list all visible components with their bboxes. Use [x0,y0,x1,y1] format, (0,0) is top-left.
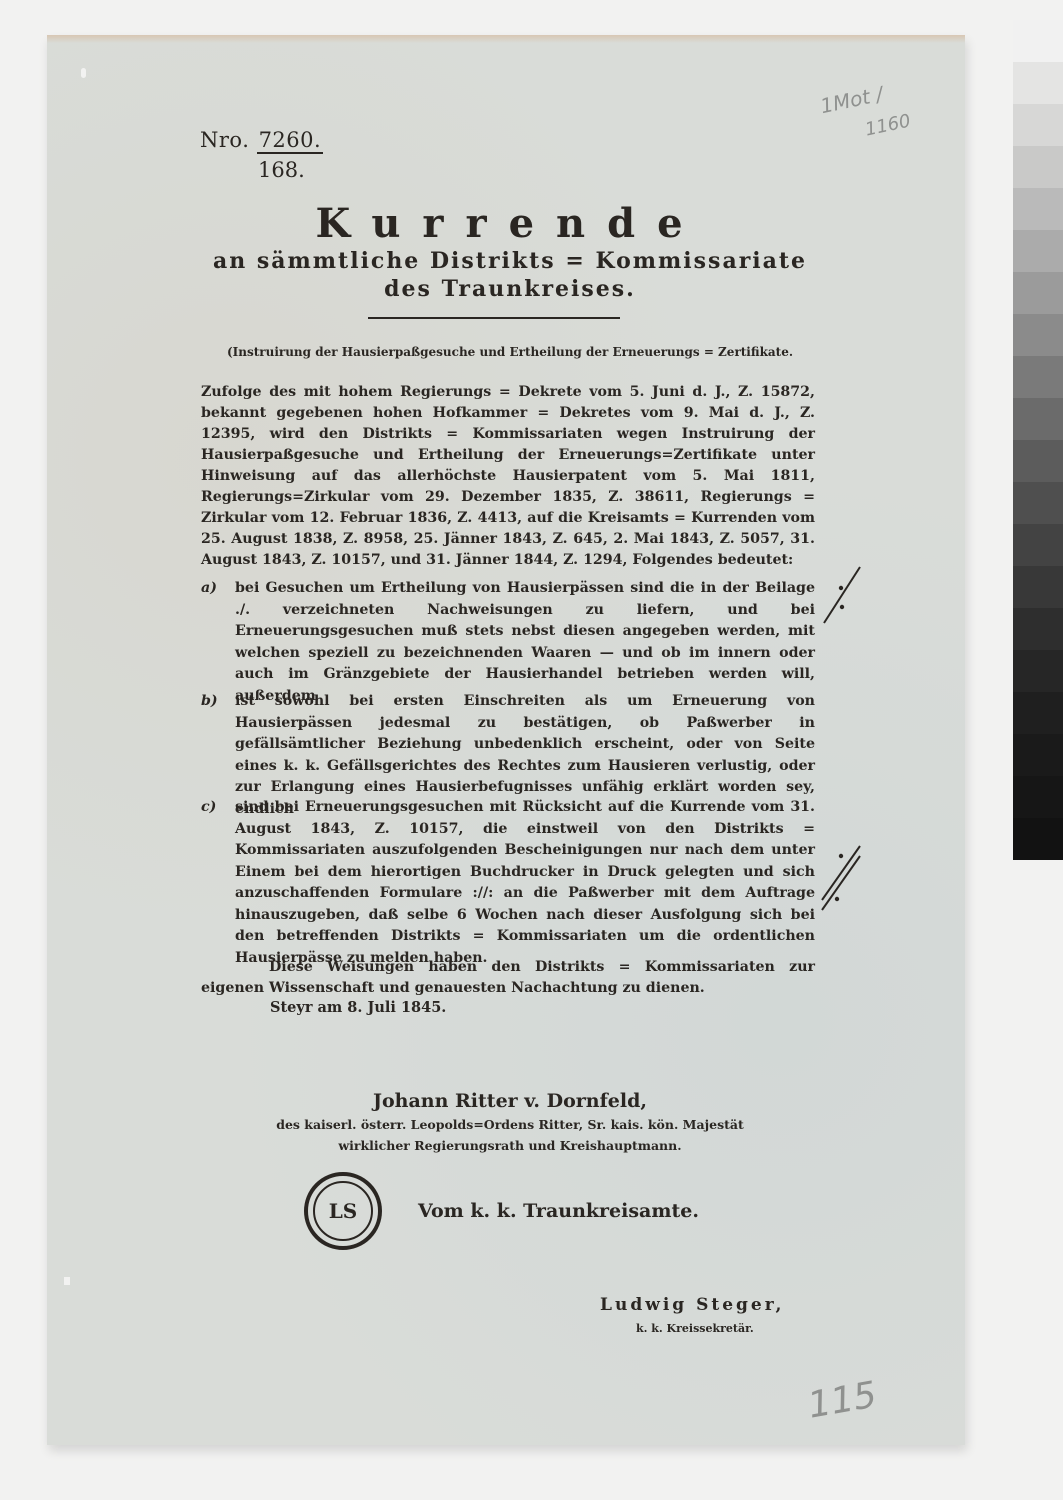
margin-mark-single-slash-icon [820,555,870,625]
list-item-text: bei Gesuchen um Ertheilung von Hausierpä… [235,578,815,707]
addressee-line-1: an sämmtliche Distrikts = Kommissariate [200,248,820,274]
secretary-title: k. k. Kreissekretär. [636,1322,754,1335]
gray-scale-step [1013,20,1063,62]
gray-scale-step [1013,104,1063,146]
gray-scale-step [1013,314,1063,356]
gray-scale-step [1013,230,1063,272]
gray-scale-calibration-strip [1013,20,1063,860]
margin-mark-double-slash-icon [820,840,870,915]
date-line: Steyr am 8. Juli 1845. [270,999,446,1016]
gray-scale-step [1013,818,1063,860]
gray-scale-step [1013,146,1063,188]
addressee-line-2: des Traunkreises. [200,276,820,302]
gray-scale-step [1013,692,1063,734]
gray-scale-step [1013,734,1063,776]
document-sub-number: 168. [258,158,305,182]
list-item-text: sind bei Erneuerungsgesuchen mit Rücksic… [235,797,815,969]
list-marker: a) [201,578,235,707]
gray-scale-step [1013,608,1063,650]
document-number-value: 7260. [257,128,324,154]
list-item-a: a) bei Gesuchen um Ertheilung von Hausie… [201,578,815,707]
signatory-name: Johann Ritter v. Dornfeld, [200,1090,820,1112]
gray-scale-step [1013,482,1063,524]
document-number-prefix: Nro. [200,128,249,152]
document-title: Kurrende [200,200,820,247]
closing-paragraph: Diese Weisungen haben den Distrikts = Ko… [201,957,815,999]
gray-scale-step [1013,440,1063,482]
list-marker: c) [201,797,235,969]
gray-scale-step [1013,398,1063,440]
gray-scale-step [1013,524,1063,566]
seal-text: LS [313,1181,373,1241]
punch-hole-bottom [64,1277,70,1285]
gray-scale-step [1013,62,1063,104]
issuing-office: Vom k. k. Traunkreisamte. [418,1200,699,1222]
punch-hole-top [81,68,86,78]
gray-scale-step [1013,356,1063,398]
signatory-title-line-2: wirklicher Regierungsrath und Kreishaupt… [200,1138,820,1153]
secretary-name: Ludwig Steger, [600,1295,784,1315]
list-item-c: c) sind bei Erneuerungsgesuchen mit Rück… [201,797,815,969]
gray-scale-step [1013,272,1063,314]
title-divider [368,317,620,319]
document-number: Nro. 7260. [200,128,323,154]
gray-scale-step [1013,776,1063,818]
gray-scale-step [1013,566,1063,608]
seal-icon: LS [304,1172,382,1250]
subject-summary: (Instruirung der Hausierpaßgesuche und E… [200,345,820,359]
gray-scale-step [1013,188,1063,230]
gray-scale-step [1013,650,1063,692]
signatory-title-line-1: des kaiserl. österr. Leopolds=Ordens Rit… [200,1117,820,1132]
intro-paragraph: Zufolge des mit hohem Regierungs = Dekre… [201,382,815,571]
